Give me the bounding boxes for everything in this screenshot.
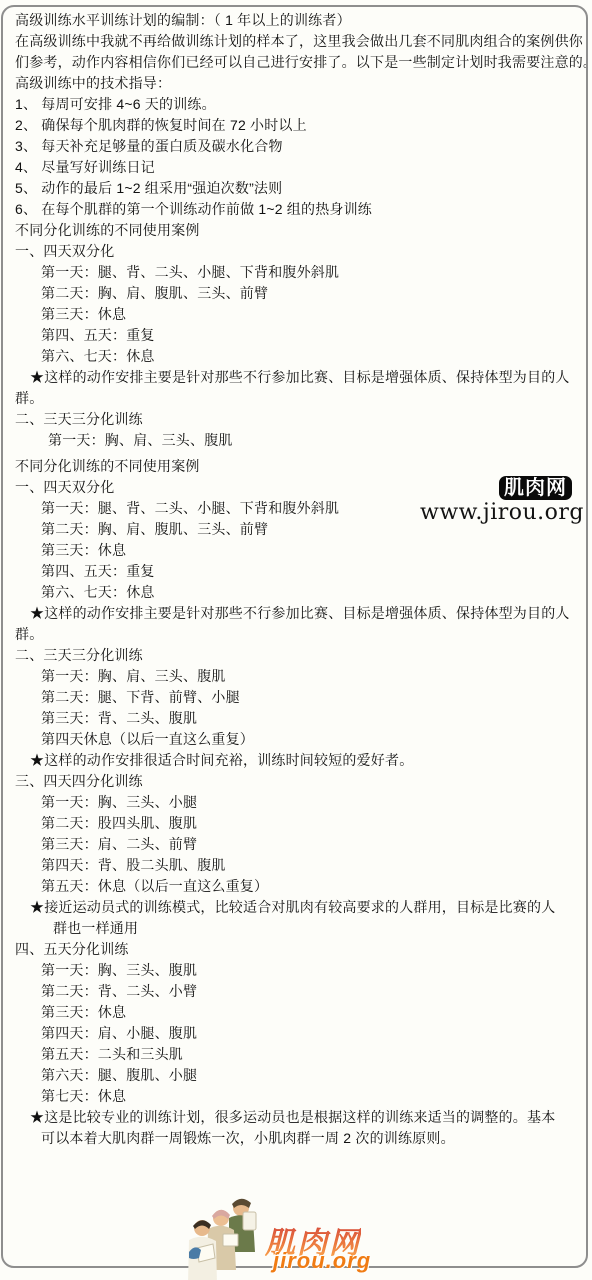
text-line: 第一天：胸、肩、三头、腹肌	[15, 430, 576, 451]
text-line: 三、四天四分化训练	[15, 771, 576, 792]
text-line: 群。	[15, 624, 576, 645]
text-line: 第六、七天：休息	[15, 582, 576, 603]
document-border-box: 高级训练水平训练计划的编制：（ 1 年以上的训练者）在高级训练中我就不再给做训练…	[1, 5, 588, 1268]
text-line: 第五天：休息（以后一直这么重复）	[15, 876, 576, 897]
text-line: 第三天：休息	[15, 1002, 576, 1023]
text-line: 第五天：二头和三头肌	[15, 1044, 576, 1065]
text-line: 第一天：腿、背、二头、小腿、下背和腹外斜肌	[15, 262, 576, 283]
text-line: 第三天：休息	[15, 540, 576, 561]
text-line: 们参考，动作内容相信你们已经可以自己进行安排了。以下是一些制定计划时我需要注意的…	[15, 52, 576, 73]
text-line: ★这是比较专业的训练计划，很多运动员也是根据这样的训练来适当的调整的。基本	[15, 1107, 576, 1128]
text-line: 第七天：休息	[15, 1086, 576, 1107]
text-line: 二、三天三分化训练	[15, 409, 576, 430]
text-line: 第二天：背、二头、小臂	[15, 981, 576, 1002]
site-url-text: www.jirou.org	[420, 501, 572, 525]
text-line: 二、三天三分化训练	[15, 645, 576, 666]
text-line: 第二天：股四头肌、腹肌	[15, 813, 576, 834]
text-line: 第四天：背、股二头肌、腹肌	[15, 855, 576, 876]
text-line: 高级训练水平训练计划的编制：（ 1 年以上的训练者）	[15, 10, 576, 31]
text-line: 第二天：腿、下背、前臂、小腿	[15, 687, 576, 708]
text-line: 不同分化训练的不同使用案例	[15, 220, 576, 241]
text-line: 3、 每天补充足够量的蛋白质及碳水化合物	[15, 136, 576, 157]
text-line: 4、 尽量写好训练日记	[15, 157, 576, 178]
document-lines: 高级训练水平训练计划的编制：（ 1 年以上的训练者）在高级训练中我就不再给做训练…	[3, 7, 586, 1149]
text-line: 第一天：胸、肩、三头、腹肌	[15, 666, 576, 687]
text-line: 群。	[15, 388, 576, 409]
text-line: 第三天：背、二头、腹肌	[15, 708, 576, 729]
text-line: 高级训练中的技术指导：	[15, 73, 576, 94]
text-line: 6、 在每个肌群的第一个训练动作前做 1~2 组的热身训练	[15, 199, 576, 220]
text-line: 不同分化训练的不同使用案例	[15, 456, 576, 477]
text-line: 可以本着大肌肉群一周锻炼一次，小肌肉群一周 2 次的训练原则。	[15, 1128, 576, 1149]
text-line: ★接近运动员式的训练模式，比较适合对肌肉有较高要求的人群用，目标是比赛的人	[15, 897, 576, 918]
site-badge: 肌肉网	[499, 476, 572, 500]
text-line: ★这样的动作安排很适合时间充裕，训练时间较短的爱好者。	[15, 750, 576, 771]
site-watermark: 肌肉网 www.jirou.org	[420, 476, 572, 525]
text-line: 一、四天双分化	[15, 241, 576, 262]
text-line: 第一天：胸、三头、腹肌	[15, 960, 576, 981]
text-line: 第六天：腿、腹肌、小腿	[15, 1065, 576, 1086]
text-line: 第四天休息（以后一直这么重复）	[15, 729, 576, 750]
text-line: 第六、七天：休息	[15, 346, 576, 367]
text-line: 四、五天分化训练	[15, 939, 576, 960]
text-line: 在高级训练中我就不再给做训练计划的样本了，这里我会做出几套不同肌肉组合的案例供你	[15, 31, 576, 52]
footer-logo: 肌肉网 jirou.org	[185, 1190, 415, 1280]
text-line: 第一天：胸、三头、小腿	[15, 792, 576, 813]
text-line: 第四、五天：重复	[15, 325, 576, 346]
page: { "page": { "background": "#fdfdf9", "bo…	[0, 0, 592, 1280]
text-line: 第四、五天：重复	[15, 561, 576, 582]
text-line: ★这样的动作安排主要是针对那些不行参加比赛、目标是增强体质、保持体型为目的人	[15, 603, 576, 624]
text-line: 第三天：休息	[15, 304, 576, 325]
text-line: 5、 动作的最后 1~2 组采用“强迫次数”法则	[15, 178, 576, 199]
text-line: 第二天：胸、肩、腹肌、三头、前臂	[15, 283, 576, 304]
text-line: 第四天：肩、小腿、腹肌	[15, 1023, 576, 1044]
text-line: 2、 确保每个肌肉群的恢复时间在 72 小时以上	[15, 115, 576, 136]
readers-illustration	[185, 1192, 267, 1280]
text-line: 群也一样通用	[15, 918, 576, 939]
text-line: 第三天：肩、二头、前臂	[15, 834, 576, 855]
text-line: ★这样的动作安排主要是针对那些不行参加比赛、目标是增强体质、保持体型为目的人	[15, 367, 576, 388]
text-line: 1、 每周可安排 4~6 天的训练。	[15, 94, 576, 115]
footer-domain-text: jirou.org	[273, 1248, 371, 1274]
